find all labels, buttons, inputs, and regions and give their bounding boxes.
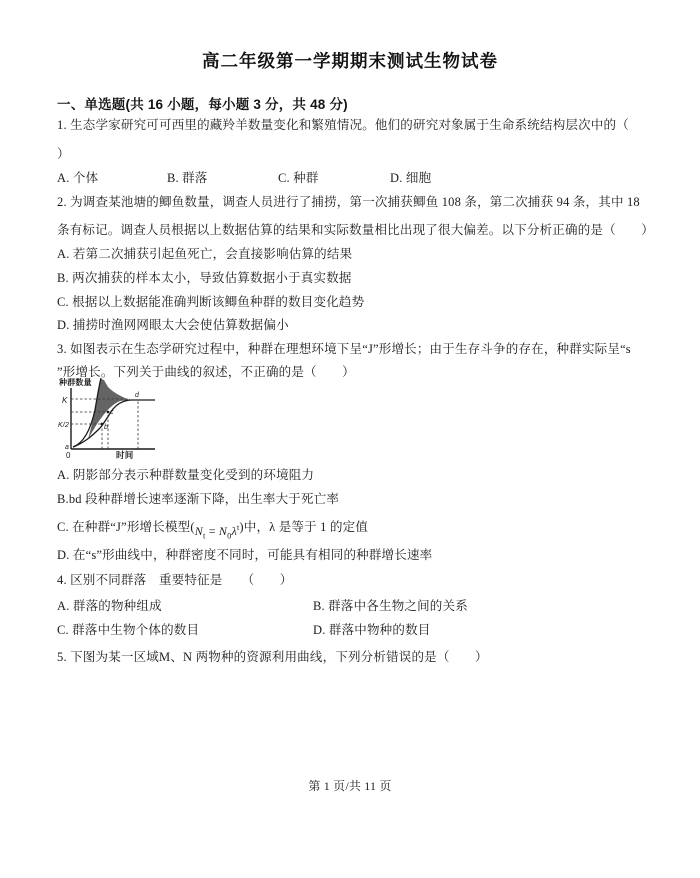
q4-option-a: A. 群落的物种组成 [57,597,162,616]
question-4-options-row-2: C. 群落中生物个体的数目 D. 群落中物种的数目 [57,621,657,641]
question-5-line-1: 5. 下图为某一区域M、N 两物种的资源利用曲线，下列分析错误的是（ ） [57,648,488,667]
q3-option-b: B.bd 段种群增长速率逐渐下降，出生率大于死亡率 [57,490,339,509]
formula-equals: = [206,524,219,538]
section-heading: 一、单选题(共 16 小题，每小题 3 分，共 48 分) [57,95,348,114]
k-tick-label: K [62,396,68,405]
k2-tick-label: K/2 [58,422,69,429]
question-4-options-row-1: A. 群落的物种组成 B. 群落中各生物之间的关系 [57,597,657,617]
question-2-line-2: 条有标记。调查人员根据以上数据估算的结果和实际数量相比出现了很大偏差。以下分析正… [57,221,654,240]
point-c-label: c [110,409,114,416]
q3-option-d: D. 在“s”形曲线中，种群密度不同时，可能具有相同的种群增长速率 [57,546,432,565]
point-c-dot [107,411,110,414]
origin-label: 0 [66,451,71,460]
population-growth-figure: 种群数量 K K/2 a b c d [58,376,158,466]
q1-option-c: C. 种群 [278,169,319,188]
s-curve [73,400,155,447]
question-1-line-2: ） [57,145,70,164]
j-growth-formula: Nt = N0λt [195,518,240,545]
page-title: 高二年级第一学期期末测试生物试卷 [0,52,700,71]
point-a-label: a [65,444,69,451]
q2-option-b: B. 两次捕获的样本太小，导致估算数据小于真实数据 [57,269,352,288]
question-2-line-1: 2. 为调查某池塘的鲫鱼数量，调查人员进行了捕捞，第一次捕获鲫鱼 108 条，第… [57,193,640,212]
q3-option-c-prefix: C. 在种群“J”形增长模型( [57,520,195,534]
q4-option-d: D. 群落中物种的数目 [313,621,430,640]
q1-option-b: B. 群落 [167,169,208,188]
q2-option-a: A. 若第二次捕获引起鱼死亡，会直接影响估算的结果 [57,245,352,264]
q1-option-a: A. 个体 [57,169,98,188]
formula-n-t-base: N [195,524,203,538]
q2-option-c: C. 根据以上数据能准确判断该鲫鱼种群的数目变化趋势 [57,293,364,312]
q4-option-c: C. 群落中生物个体的数目 [57,621,199,640]
q3-option-a: A. 阴影部分表示种群数量变化受到的环境阻力 [57,466,314,485]
point-d-label: d [135,392,140,399]
figure-y-axis-label: 种群数量 [58,377,92,387]
q3-option-c: C. 在种群“J”形增长模型(Nt = N0λt)中，λ 是等于 1 的定值 [57,514,368,541]
question-4-line-1: 4. 区别不同群落 重要特征是 （ ） [57,571,292,590]
formula-exponent: t [237,523,239,532]
q1-option-d: D. 细胞 [390,169,431,188]
q2-option-d: D. 捕捞时渔网网眼太大会使估算数据偏小 [57,316,289,335]
shaded-region [88,379,130,439]
question-1-line-1: 1. 生态学家研究可可西里的藏羚羊数量变化和繁殖情况。他们的研究对象属于生命系统… [57,116,629,135]
question-1-options: A. 个体 B. 群落 C. 种群 D. 细胞 [57,169,657,189]
point-b-dot [101,423,104,426]
q3-option-c-suffix: )中，λ 是等于 1 的定值 [239,520,368,534]
q4-option-b: B. 群落中各生物之间的关系 [313,597,468,616]
exam-paper-page: 高二年级第一学期期末测试生物试卷 一、单选题(共 16 小题，每小题 3 分，共… [0,0,700,878]
page-number-footer: 第 1 页/共 11 页 [0,777,700,796]
figure-x-axis-label: 时间 [116,450,134,460]
growth-curves-chart: 种群数量 K K/2 a b c d [58,376,158,460]
question-3-line-1: 3. 如图表示在生态学研究过程中，种群在理想环境下呈“J”形增长；由于生存斗争的… [57,340,631,359]
point-b-label: b [104,424,108,431]
